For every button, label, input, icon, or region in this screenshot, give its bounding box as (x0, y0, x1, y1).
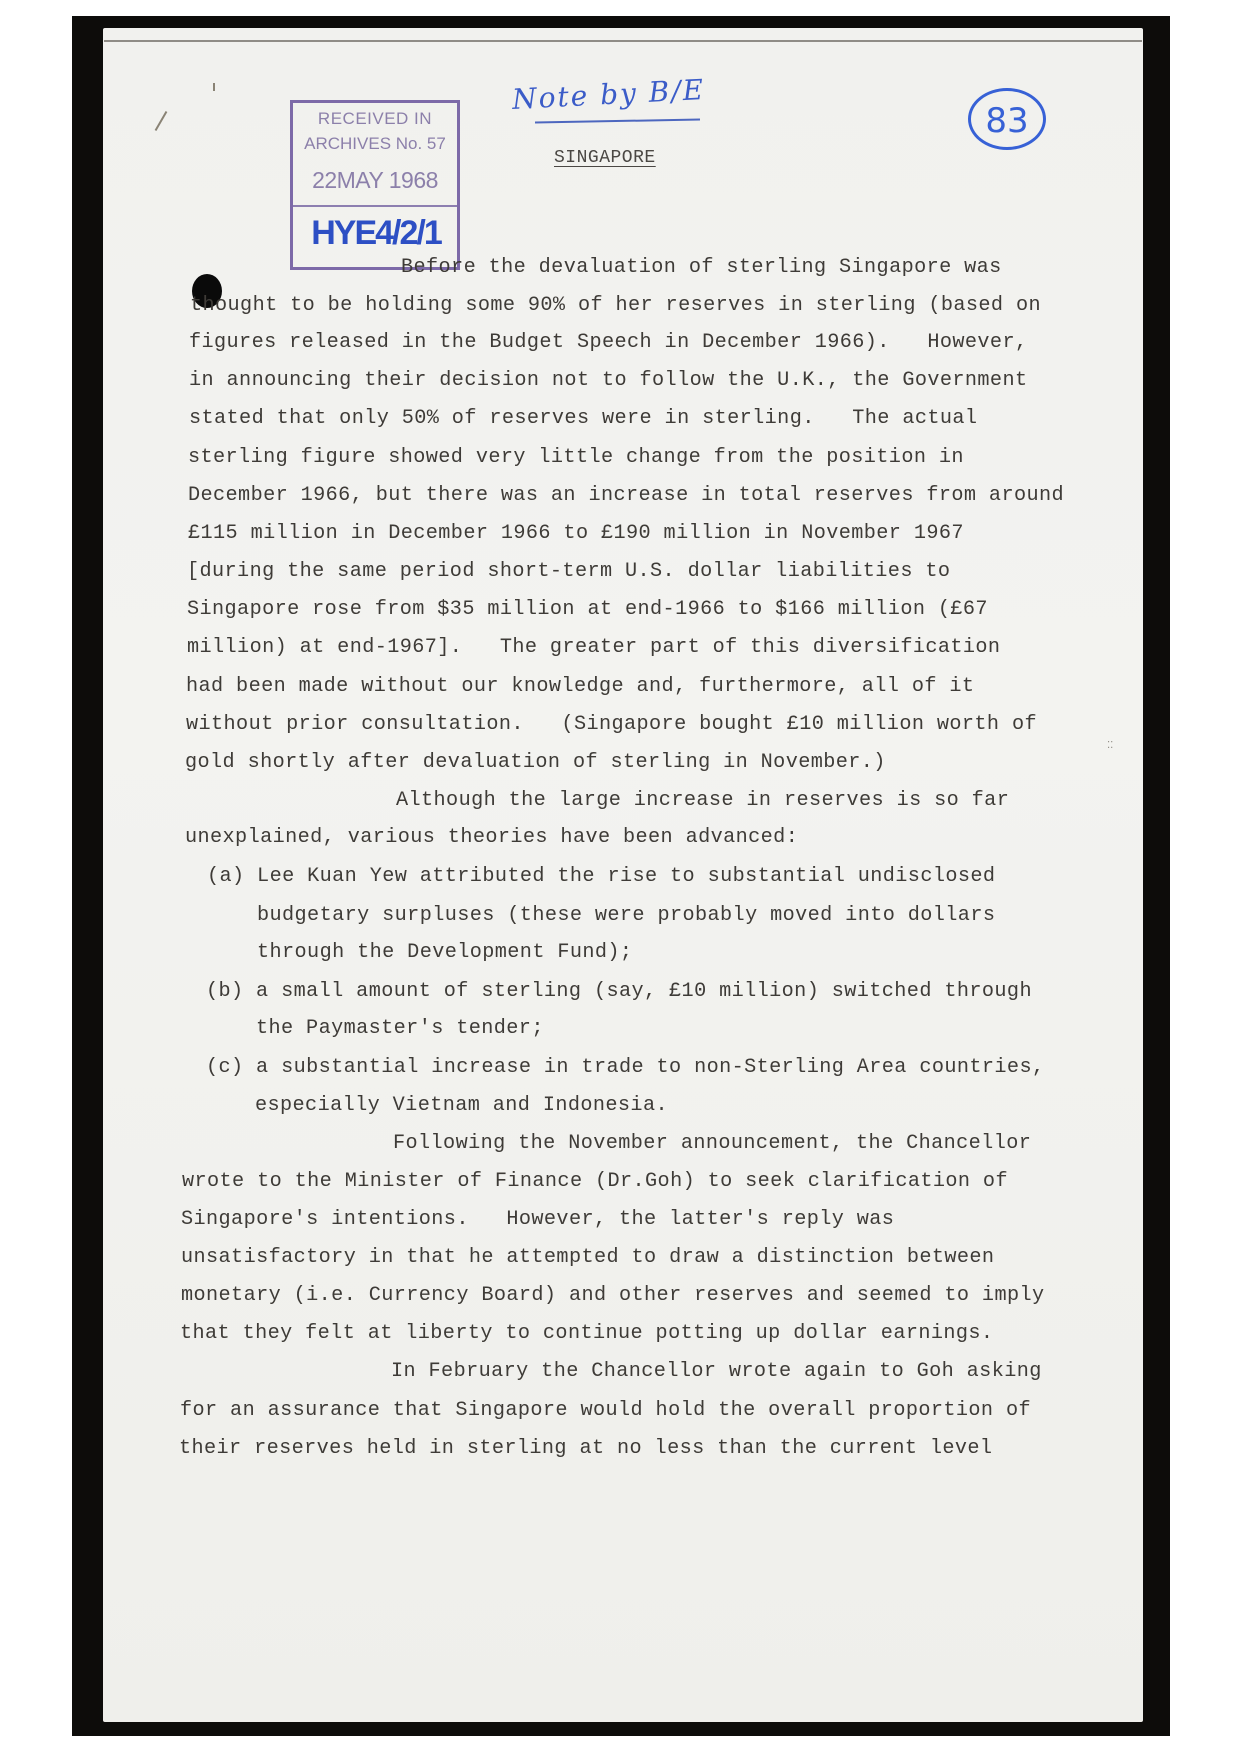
body-text-line: budgetary surpluses (these were probably… (257, 904, 995, 927)
body-text-line: sterling figure showed very little chang… (188, 446, 964, 469)
body-text-line: without prior consultation. (Singapore b… (186, 713, 1037, 736)
body-text-line: Singapore rose from $35 million at end-1… (187, 598, 988, 621)
archive-received-stamp: RECEIVED IN ARCHIVES No. 57 22MAY 1968 H… (290, 100, 460, 270)
body-text-line: thought to be holding some 90% of her re… (190, 294, 1041, 317)
list-item-line: (b) a small amount of sterling (say, £10… (206, 980, 1032, 1003)
body-text-line: unexplained, various theories have been … (185, 826, 798, 849)
body-text-line: stated that only 50% of reserves were in… (189, 407, 977, 430)
body-text-line: unsatisfactory in that he attempted to d… (181, 1246, 994, 1269)
body-text-line: December 1966, but there was an increase… (188, 484, 1064, 507)
body-text-line: had been made without our knowledge and,… (186, 675, 974, 698)
stamp-line-1: RECEIVED IN (293, 109, 457, 129)
body-text-line: monetary (i.e. Currency Board) and other… (181, 1284, 1045, 1307)
body-text-line: Singapore's intentions. However, the lat… (181, 1208, 894, 1231)
margin-mark (213, 83, 215, 91)
folio-number-circled: 83 (968, 88, 1046, 150)
stamp-line-2: ARCHIVES No. 57 (293, 134, 457, 154)
body-text-line: the Paymaster's tender; (256, 1017, 544, 1040)
body-text-line: for an assurance that Singapore would ho… (180, 1399, 1031, 1422)
body-text-line: through the Development Fund); (257, 941, 632, 964)
body-text-line: gold shortly after devaluation of sterli… (185, 751, 886, 774)
stamp-date: 22MAY 1968 (293, 167, 457, 194)
body-text-line: Before the devaluation of sterling Singa… (401, 256, 1002, 279)
body-text-line: In February the Chancellor wrote again t… (391, 1360, 1042, 1383)
body-text-line: especially Vietnam and Indonesia. (255, 1094, 668, 1117)
body-text-line: in announcing their decision not to foll… (189, 369, 1027, 392)
body-text-line: figures released in the Budget Speech in… (189, 331, 1027, 354)
stamp-file-reference: HYE4/2/1 (295, 214, 457, 253)
body-text-line: their reserves held in sterling at no le… (179, 1437, 992, 1460)
body-text-line: Although the large increase in reserves … (396, 789, 1009, 812)
page-top-edge-line (104, 40, 1142, 42)
body-text-line: that they felt at liberty to continue po… (180, 1322, 993, 1345)
stamp-divider (293, 205, 457, 207)
document-title: SINGAPORE (554, 148, 656, 168)
body-text-line: million) at end-1967]. The greater part … (187, 636, 1000, 659)
margin-speck: ⁚⁚ (1107, 740, 1121, 750)
body-text-line: wrote to the Minister of Finance (Dr.Goh… (182, 1170, 1008, 1193)
list-item-line: (a) Lee Kuan Yew attributed the rise to … (207, 865, 995, 888)
list-item-line: (c) a substantial increase in trade to n… (206, 1056, 1044, 1079)
body-text-line: Following the November announcement, the… (393, 1132, 1031, 1155)
body-text-line: [during the same period short-term U.S. … (187, 560, 950, 583)
body-text-line: £115 million in December 1966 to £190 mi… (188, 522, 964, 545)
